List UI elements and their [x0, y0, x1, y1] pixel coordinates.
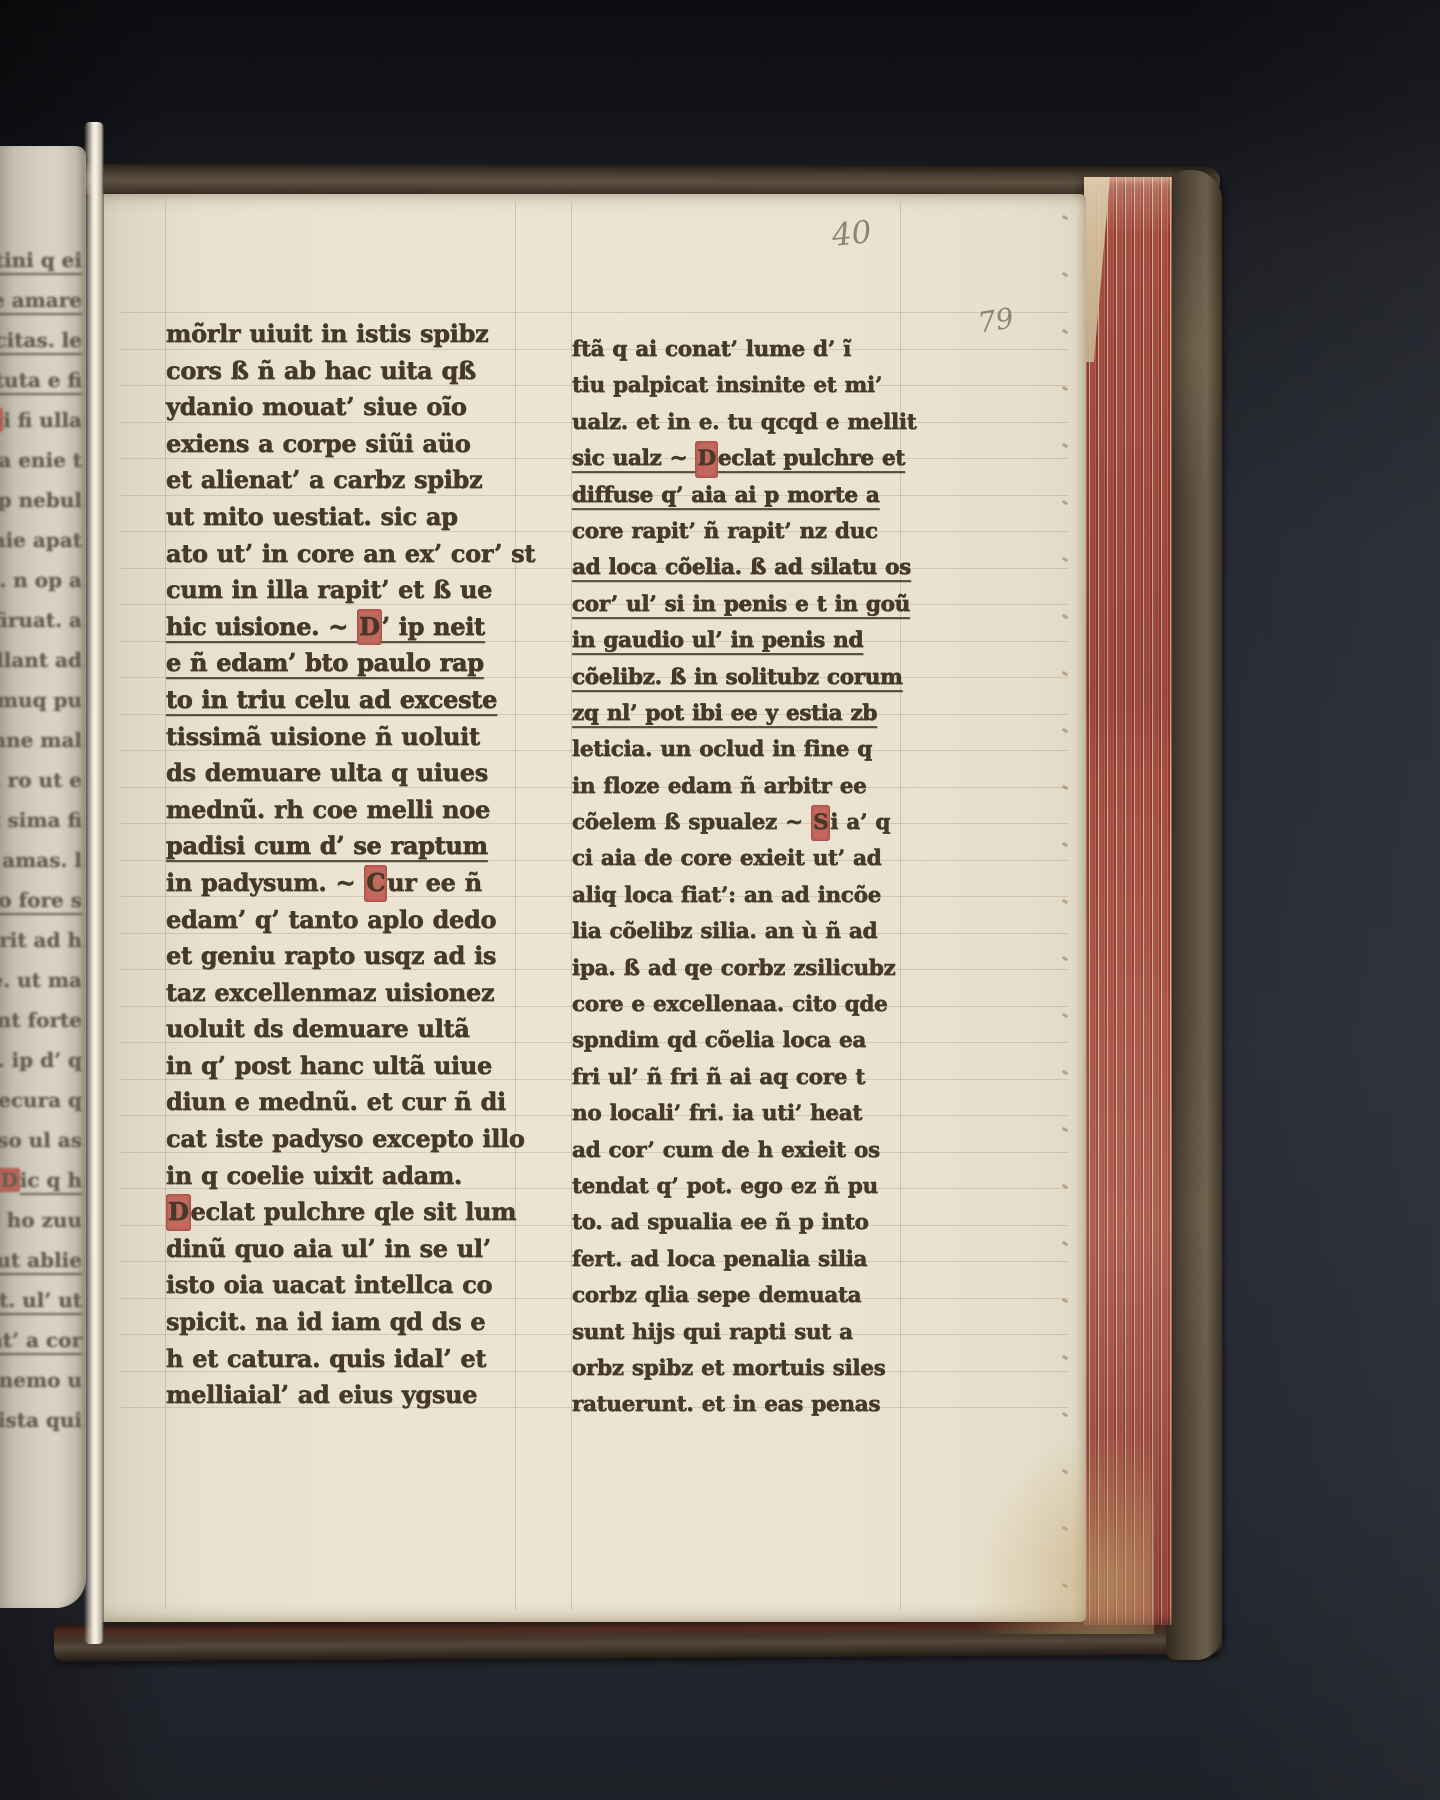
manuscript-text-line: bi fi ulla [0, 408, 82, 432]
manuscript-text-line: enne mal [0, 728, 82, 752]
rubricated-letter: D [0, 1168, 20, 1192]
pricking-mark [1062, 386, 1069, 392]
manuscript-text-line: cp. n op a [0, 568, 82, 592]
manuscript-text-line: cum in illa rapit’ et ß ue [166, 572, 524, 609]
manuscript-text-line: fri ul’ ñ fri ñ ai aq core t [572, 1060, 912, 1096]
page-stain [974, 1434, 1154, 1634]
manuscript-text-line: in floze edam ñ arbitr ee [572, 769, 912, 805]
manuscript-text-line: tiu palpicat insinite et mi’ [572, 368, 912, 404]
manuscript-text-line: a felicitas. le [0, 328, 82, 352]
manuscript-text-line: ß secura q [0, 1088, 82, 1112]
manuscript-text-line: at. ip d’ q [0, 1048, 82, 1072]
pricking-mark [1062, 1241, 1069, 1247]
pricking-mark [1062, 1070, 1069, 1076]
manuscript-text-line: ato ut’ in core an ex’ cor’ st [166, 536, 524, 573]
manuscript-text-line: e muq pu [0, 688, 82, 712]
rubricated-letter: S [811, 805, 830, 841]
pricking-mark [1062, 671, 1069, 677]
manuscript-text-line: ratuerunt. et in eas penas [572, 1387, 912, 1423]
pricking-mark [1062, 500, 1069, 506]
text-column-right: ftã q ai conat’ lume d’ ĩtiu palpicat in… [572, 332, 912, 1424]
manuscript-text-line: z sima fi [0, 808, 82, 832]
manuscript-text-line: sunt hijs qui rapti sut a [572, 1315, 912, 1351]
manuscript-text-line: ad loca cõelia. ß ad silatu os [572, 550, 912, 586]
pricking-mark [1062, 215, 1069, 221]
manuscript-text-line: ul’ ut ablie [0, 1248, 82, 1272]
manuscript-text-line: ipa. ß ad qe corbz zsilicubz [572, 951, 912, 987]
manuscript-text-line: mõrlr uiuit in istis spibz [166, 316, 524, 353]
manuscript-text-line: uoluit ds demuare ultã [166, 1011, 524, 1048]
manuscript-text-line: core e excellenaa. cito qde [572, 987, 912, 1023]
manuscript-text-line: taz excellenmaz uisionez [166, 975, 524, 1012]
pricking-mark [1062, 443, 1069, 449]
manuscript-text-line: e ñ edam’ bto paulo rap [166, 645, 524, 682]
ruling-line-horizontal [120, 312, 1068, 313]
book-cover-right-edge [1166, 170, 1222, 1660]
manuscript-text-line: a ittini q ei [0, 248, 82, 272]
pencil-foliation-top: 40 [830, 214, 873, 254]
manuscript-text-line: ant forte [0, 1008, 82, 1032]
manuscript-text-line: sap nebul [0, 488, 82, 512]
manuscript-text-line: exiens a corpe siũi aüo [166, 426, 524, 463]
manuscript-text-line: isto oia uacat intellca co [166, 1267, 524, 1304]
manuscript-text-line: corbz qlia sepe demuata [572, 1278, 912, 1314]
manuscript-text-line: hic uisione. ~ D’ ip neit [166, 609, 524, 646]
manuscript-text-line: ds demuare ulta q uiues [166, 755, 524, 792]
manuscript-text-line: bra tuta e fi [0, 368, 82, 392]
manuscript-text-line: spndim qd cõelia loca ea [572, 1023, 912, 1059]
manuscript-text-line: leticia. un oclud in fine q [572, 732, 912, 768]
pricking-mark [1062, 842, 1069, 848]
manuscript-text-line: cõelem ß spualez ~ Si a’ q [572, 805, 912, 841]
manuscript-text-line: i ro ut e [0, 768, 82, 792]
manuscript-text-line: et geniu rapto usqz ad is [166, 938, 524, 975]
manuscript-text-line: no locali’ fri. ia uti’ heat [572, 1096, 912, 1132]
manuscript-text-line: p firuat. a [0, 608, 82, 632]
manuscript-text-line: core rapit’ ñ rapit’ nz duc [572, 514, 912, 550]
manuscript-text-line: fro fore s [0, 888, 82, 912]
pricking-mark [1062, 1412, 1069, 1418]
manuscript-text-line: fert. ad loca penalia silia [572, 1242, 912, 1278]
red-fore-edge-leaves [1084, 177, 1172, 1625]
manuscript-text-line: es aie apat [0, 528, 82, 552]
manuscript-text-line: to. ad spualia ee ñ p into [572, 1205, 912, 1241]
manuscript-text-line: lia cõelibz silia. an ù ñ ad [572, 914, 912, 950]
manuscript-photograph: 40 79 mõrlr uiuit in istis spibzcors ß ñ… [0, 0, 1440, 1800]
manuscript-text-line: ydanio mouat’ siue oĩo [166, 389, 524, 426]
manuscript-text-line: melliaial’ ad eius ygsue [166, 1377, 524, 1414]
text-column-left: mõrlr uiuit in istis spibzcors ß ñ ab ha… [166, 316, 524, 1414]
rubricated-letter: C [364, 865, 387, 902]
manuscript-text-line: to in triu celu ad exceste [166, 682, 524, 719]
verso-page-edge: a ittini q eius e amarea felicitas. lebr… [0, 146, 86, 1608]
manuscript-text-line: diffuse q’ aia ai p morte a [572, 478, 912, 514]
manuscript-text-line: sic ualz ~ Declat pulchre et [572, 441, 912, 477]
pricking-mark [1062, 557, 1069, 563]
manuscript-text-line: et alienat’ a carbz spibz [166, 462, 524, 499]
manuscript-text-line: ftã q ai conat’ lume d’ ĩ [572, 332, 912, 368]
manuscript-text-line: lienat’ a cor [0, 1328, 82, 1352]
manuscript-text-line: Declat pulchre qle sit lum [166, 1194, 524, 1231]
rubricated-letter: D [695, 441, 717, 477]
pricking-mark [1062, 329, 1069, 335]
manuscript-text-line: uita ista qui [0, 1408, 82, 1432]
manuscript-text-line: tissimã uisione ñ uoluit [166, 719, 524, 756]
pricking-mark [1062, 272, 1069, 278]
pricking-mark [1062, 1013, 1069, 1019]
pricking-mark [1062, 956, 1069, 962]
manuscript-text-line: diun e mednũ. et cur ñ di [166, 1084, 524, 1121]
manuscript-text-line: zq nl’ pot ibi ee y estia zb [572, 696, 912, 732]
manuscript-text-line: ut mito uestiat. sic ap [166, 499, 524, 536]
manuscript-text-line: orat. ul’ ut [0, 1288, 82, 1312]
recto-page: 40 79 mõrlr uiuit in istis spibzcors ß ñ… [94, 194, 1086, 1622]
manuscript-text-line: ite. ut ma [0, 968, 82, 992]
manuscript-text-line: spirit ad h [0, 928, 82, 952]
manuscript-text-line: aliq loca fiat’: an ad incõe [572, 878, 912, 914]
manuscript-text-line: edam’ q’ tanto aplo dedo [166, 902, 524, 939]
manuscript-text-line: ualz. et in e. tu qcqd e mellit [572, 405, 912, 441]
manuscript-text-line: qd amas. l [0, 848, 82, 872]
manuscript-text-line: dinũ quo aia ul’ in se ul’ [166, 1231, 524, 1268]
pricking-mark [1062, 785, 1069, 791]
manuscript-text-line: us e amare [0, 288, 82, 312]
book-cover-top-edge [68, 163, 1220, 197]
page-curl-highlight [84, 122, 104, 1644]
manuscript-text-line: ~ Dic q h [0, 1168, 82, 1192]
manuscript-text-line: orbz spibz et mortuis siles [572, 1351, 912, 1387]
pricking-mark [1062, 728, 1069, 734]
manuscript-text-line: ci aia de core exieit ut’ ad [572, 841, 912, 877]
manuscript-text-line: cat iste padyso excepto illo [166, 1121, 524, 1158]
manuscript-text-line: spicit. na id iam qd ds e [166, 1304, 524, 1341]
manuscript-text-line: iuia enie t [0, 448, 82, 472]
manuscript-text-line: cor’ ul’ si in penis e t in goũ [572, 587, 912, 623]
manuscript-text-line: in gaudio ul’ in penis nd [572, 623, 912, 659]
manuscript-text-line: n. nemo u [0, 1368, 82, 1392]
pricking-mark [1062, 614, 1069, 620]
manuscript-text-line: tendat q’ pot. ego ez ñ pu [572, 1169, 912, 1205]
manuscript-text-line: in q’ post hanc ultã uiue [166, 1048, 524, 1085]
rubricated-letter: D [166, 1194, 191, 1231]
manuscript-text-line: uiso ul as [0, 1128, 82, 1152]
pricking-mark [1062, 1127, 1069, 1133]
manuscript-text-line: me ho zuu [0, 1208, 82, 1232]
manuscript-text-line: in padysum. ~ Cur ee ñ [166, 865, 524, 902]
pricking-mark [1062, 1355, 1069, 1361]
pencil-foliation-side: 79 [976, 301, 1016, 339]
manuscript-text-line: padisi cum d’ se raptum [166, 828, 524, 865]
manuscript-text-line: cors ß ñ ab hac uita qß [166, 353, 524, 390]
pricking-mark [1062, 899, 1069, 905]
rubricated-letter: b [0, 408, 3, 432]
manuscript-text-line: mednũ. rh coe melli noe [166, 792, 524, 829]
manuscript-text-line: ad cor’ cum de h exieit os [572, 1133, 912, 1169]
manuscript-text-line: h et catura. quis idal’ et [166, 1341, 524, 1378]
rubricated-letter: D [357, 609, 382, 646]
manuscript-text-line: ollant ad [0, 648, 82, 672]
manuscript-text-line: in q coelie uixit adam. [166, 1158, 524, 1195]
manuscript-text-line: cõelibz. ß in solitubz corum [572, 660, 912, 696]
